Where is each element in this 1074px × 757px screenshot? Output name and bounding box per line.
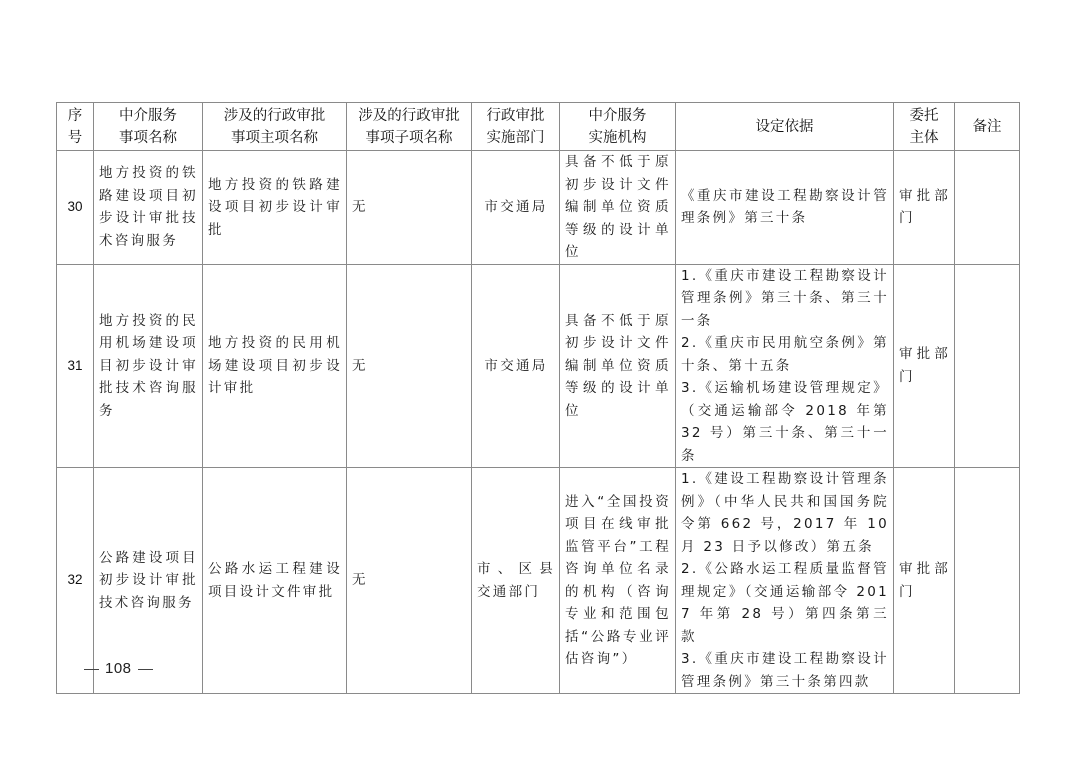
entrust-text: 审批部门 [894,558,954,603]
cell-remark [955,151,1020,265]
basis-text: 《重庆市建设工程勘察设计管理条例》第三十条 [676,185,893,230]
cell-basis: 《重庆市建设工程勘察设计管理条例》第三十条 [676,151,894,265]
cell-main-item: 地方投资的铁路建设项目初步设计审批 [203,151,347,265]
cell-sub-item: 无 [347,264,472,468]
basis-text: 1.《建设工程勘察设计管理条例》（中华人民共和国国务院令第 662 号，2017… [676,468,893,693]
header-dept: 行政审批 实施部门 [472,103,560,151]
table-row: 30 地方投资的铁路建设项目初步设计审批技术咨询服务 地方投资的铁路建设项目初步… [57,151,1020,265]
cell-entrust: 审批部门 [894,264,955,468]
header-seq-line1: 序 [57,105,93,127]
header-main-item-line1: 涉及的行政审批 [203,105,346,127]
basis-item: 《重庆市建设工程勘察设计管理条例》第三十条 [681,185,889,230]
document-page: 序 号 中介服务 事项名称 涉及的行政审批 事项主项名称 涉及的行政审批 事项子… [0,0,1074,757]
cell-basis: 1.《建设工程勘察设计管理条例》（中华人民共和国国务院令第 662 号，2017… [676,468,894,694]
cell-agency: 进入“全国投资项目在线审批监管平台”工程咨询单位名录的机构（咨询专业和范围包括“… [560,468,676,694]
sub-item-text: 无 [347,196,471,219]
main-item-text: 地方投资的铁路建设项目初步设计审批 [203,174,346,242]
cell-dept: 市交通局 [472,151,560,265]
cell-service-name: 地方投资的铁路建设项目初步设计审批技术咨询服务 [94,151,203,265]
dept-text: 市交通局 [472,355,559,378]
sub-item-text: 无 [347,569,471,592]
agency-text: 具备不低于原初步设计文件编制单位资质等级的设计单位 [560,310,675,423]
cell-dept: 市交通局 [472,264,560,468]
sub-item-text: 无 [347,355,471,378]
cell-dept: 市、区县交通部门 [472,468,560,694]
dept-text: 市、区县交通部门 [472,558,559,603]
basis-item: 3.《运输机场建设管理规定》（交通运输部令 2018 年第 32 号）第三十条、… [681,377,889,467]
header-remark-line1: 备注 [955,116,1019,138]
header-service-name-line1: 中介服务 [94,105,202,127]
cell-seq: 31 [57,264,94,468]
service-name-text: 地方投资的民用机场建设项目初步设计审批技术咨询服务 [94,310,202,423]
cell-sub-item: 无 [347,151,472,265]
agency-text: 具备不低于原初步设计文件编制单位资质等级的设计单位 [560,151,675,264]
header-service-name: 中介服务 事项名称 [94,103,203,151]
header-dept-line1: 行政审批 [472,105,559,127]
dash-left-icon [84,669,99,670]
table-row: 31 地方投资的民用机场建设项目初步设计审批技术咨询服务 地方投资的民用机场建设… [57,264,1020,468]
cell-entrust: 审批部门 [894,151,955,265]
cell-main-item: 公路水运工程建设项目设计文件审批 [203,468,347,694]
header-dept-line2: 实施部门 [472,127,559,149]
service-name-text: 公路建设项目初步设计审批技术咨询服务 [94,547,202,615]
agency-text: 进入“全国投资项目在线审批监管平台”工程咨询单位名录的机构（咨询专业和范围包括“… [560,491,675,671]
cell-sub-item: 无 [347,468,472,694]
header-seq-line2: 号 [57,127,93,149]
header-main-item: 涉及的行政审批 事项主项名称 [203,103,347,151]
basis-item: 3.《重庆市建设工程勘察设计管理条例》第三十条第四款 [681,648,889,693]
basis-item: 2.《公路水运工程质量监督管理规定》（交通运输部令 2017 年第 28 号）第… [681,558,889,648]
cell-main-item: 地方投资的民用机场建设项目初步设计审批 [203,264,347,468]
cell-remark [955,264,1020,468]
cell-seq: 30 [57,151,94,265]
cell-basis: 1.《重庆市建设工程勘察设计管理条例》第三十条、第三十一条 2.《重庆市民用航空… [676,264,894,468]
header-service-name-line2: 事项名称 [94,127,202,149]
cell-agency: 具备不低于原初步设计文件编制单位资质等级的设计单位 [560,151,676,265]
table-row: 32 公路建设项目初步设计审批技术咨询服务 公路水运工程建设项目设计文件审批 无… [57,468,1020,694]
header-sub-item: 涉及的行政审批 事项子项名称 [347,103,472,151]
cell-remark [955,468,1020,694]
dash-right-icon [138,669,153,670]
entrust-text: 审批部门 [894,343,954,388]
header-main-item-line2: 事项主项名称 [203,127,346,149]
cell-agency: 具备不低于原初步设计文件编制单位资质等级的设计单位 [560,264,676,468]
header-basis-line1: 设定依据 [676,116,893,138]
dept-text: 市交通局 [472,196,559,219]
basis-item: 2.《重庆市民用航空条例》第十条、第十五条 [681,332,889,377]
header-seq: 序 号 [57,103,94,151]
header-agency: 中介服务 实施机构 [560,103,676,151]
entrust-text: 审批部门 [894,185,954,230]
header-sub-item-line2: 事项子项名称 [347,127,471,149]
basis-item: 1.《重庆市建设工程勘察设计管理条例》第三十条、第三十一条 [681,265,889,333]
header-remark: 备注 [955,103,1020,151]
page-footer: 108 [78,660,159,677]
page-number: 108 [105,660,132,677]
basis-text: 1.《重庆市建设工程勘察设计管理条例》第三十条、第三十一条 2.《重庆市民用航空… [676,265,893,468]
table-header-row: 序 号 中介服务 事项名称 涉及的行政审批 事项主项名称 涉及的行政审批 事项子… [57,103,1020,151]
header-agency-line2: 实施机构 [560,127,675,149]
header-entrust: 委托 主体 [894,103,955,151]
header-agency-line1: 中介服务 [560,105,675,127]
main-item-text: 公路水运工程建设项目设计文件审批 [203,558,346,603]
intermediary-services-table: 序 号 中介服务 事项名称 涉及的行政审批 事项主项名称 涉及的行政审批 事项子… [56,102,1020,694]
header-basis: 设定依据 [676,103,894,151]
cell-service-name: 地方投资的民用机场建设项目初步设计审批技术咨询服务 [94,264,203,468]
header-entrust-line1: 委托 [894,105,954,127]
header-sub-item-line1: 涉及的行政审批 [347,105,471,127]
service-name-text: 地方投资的铁路建设项目初步设计审批技术咨询服务 [94,162,202,252]
main-item-text: 地方投资的民用机场建设项目初步设计审批 [203,332,346,400]
basis-item: 1.《建设工程勘察设计管理条例》（中华人民共和国国务院令第 662 号，2017… [681,468,889,558]
cell-entrust: 审批部门 [894,468,955,694]
header-entrust-line2: 主体 [894,127,954,149]
